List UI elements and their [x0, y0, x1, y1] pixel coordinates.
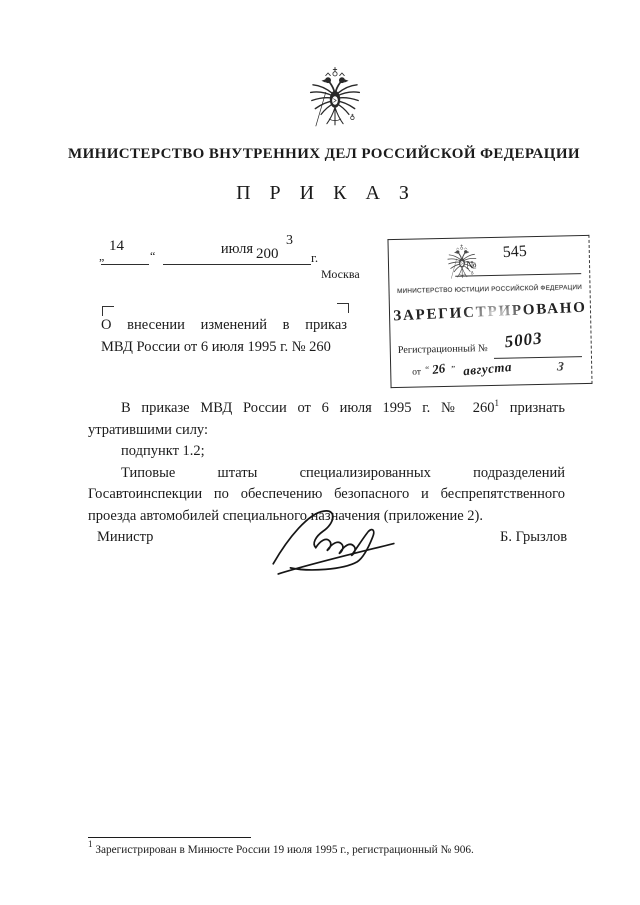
footnote-mark: 1 [88, 839, 93, 849]
subject-corner-mark-right [337, 303, 349, 313]
body-line: Типовые штаты специализированных подразд… [88, 463, 565, 485]
footnote-reference: 1 [494, 398, 499, 408]
subject-line-1: О внесении изменений в приказ [101, 317, 347, 334]
date-close-quote: “ [150, 249, 155, 264]
stamp-date-year-digit: 3 [557, 358, 565, 374]
date-year-suffix: г. [311, 250, 318, 266]
stamp-ministry-line: МИНИСТЕРСТВО ЮСТИЦИИ РОССИЙСКОЙ ФЕДЕРАЦИ… [391, 284, 587, 295]
stamp-number-sign: № [466, 259, 477, 271]
body-line: утратившими силу: [88, 420, 565, 442]
stamp-fade-artifact [462, 299, 529, 326]
ministry-header: МИНИСТЕРСТВО ВНУТРЕННИХ ДЕЛ РОССИЙСКОЙ Ф… [4, 146, 640, 163]
stamp-date-prefix: от [412, 367, 421, 377]
signature-autograph-icon [268, 503, 400, 579]
body-line: В приказе МВД России от 6 июля 1995 г. №… [88, 398, 565, 420]
minister-title: Министр [97, 529, 153, 546]
body-line-text: признать [510, 400, 565, 416]
date-open-quote: „ [99, 249, 104, 264]
footnote: 1 Зарегистрирован в Минюсте России 19 ию… [88, 844, 578, 856]
body-line: подпункт 1.2; [88, 441, 565, 463]
date-year-digit: 3 [286, 233, 293, 249]
registration-stamp: № 545 МИНИСТЕРСТВО ЮСТИЦИИ РОССИЙСКОЙ ФЕ… [387, 235, 592, 388]
stamp-reg-number-value: 5003 [504, 328, 544, 352]
date-day-underline [101, 263, 149, 265]
subject-corner-mark-left [102, 306, 114, 316]
stamp-date-day: 26 [431, 360, 446, 378]
footnote-text: Зарегистрирован в Минюсте России 19 июля… [95, 844, 474, 856]
stamp-date-close-quote: ” [451, 364, 455, 374]
minister-name: Б. Грызлов [500, 529, 567, 546]
document-page: МИНИСТЕРСТВО ВНУТРЕННИХ ДЕЛ РОССИЙСКОЙ Ф… [0, 0, 640, 905]
stamp-reg-number-label: Регистрационный № [398, 343, 488, 356]
date-day-value: 14 [109, 238, 124, 255]
body-line-text: В приказе МВД России от 6 июля 1995 г. №… [121, 400, 494, 416]
date-year-prefix: 200 [256, 246, 279, 263]
stamp-date-open-quote: “ [425, 364, 429, 374]
stamp-order-number: 545 [502, 243, 527, 262]
coat-of-arms-eagle-icon [306, 64, 364, 137]
subject-line-2: МВД России от 6 июля 1995 г. № 260 [101, 339, 347, 356]
footnote-divider [88, 837, 251, 838]
document-type-title: П Р И К А З [6, 182, 640, 205]
city-label: Москва [321, 267, 360, 282]
stamp-date-month: августа [463, 359, 513, 379]
date-year-underline [284, 263, 308, 265]
